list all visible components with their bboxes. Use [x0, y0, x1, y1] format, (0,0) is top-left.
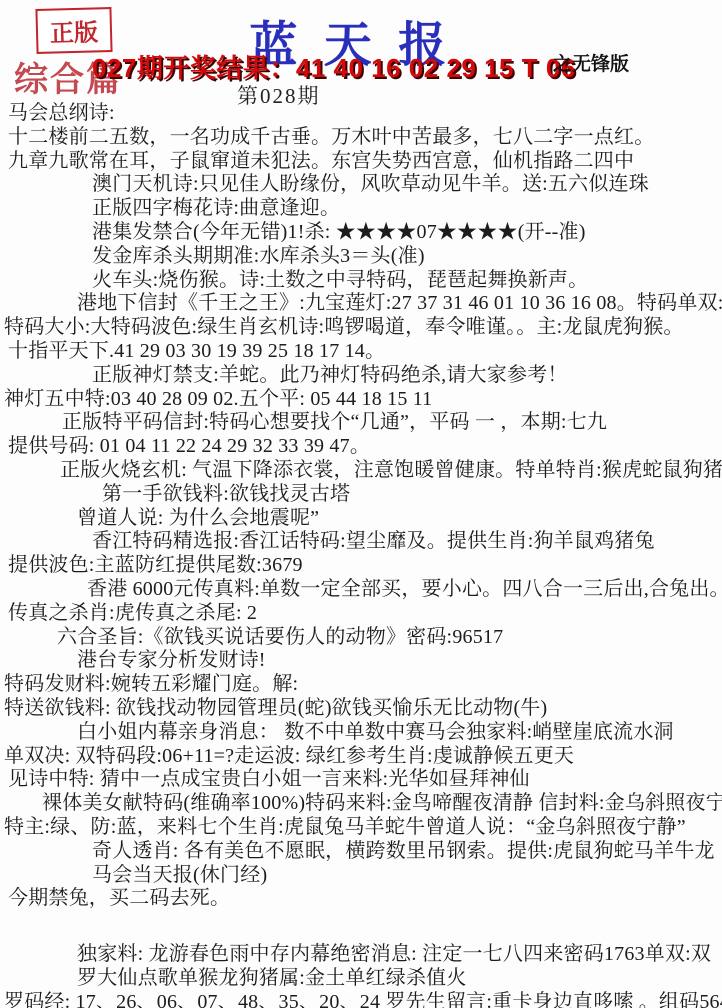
- edition-label: 之无锋版: [553, 49, 629, 76]
- text-line: 发金库杀头期期准:水库杀头3＝头(准): [2, 245, 720, 269]
- text-line: 罗大仙点歌单猴龙狗猪属:金土单红绿杀值火: [2, 967, 720, 991]
- text-line: 港地下信封《千王之王》:九宝莲灯:27 37 31 46 01 10 36 16…: [2, 292, 720, 316]
- text-line: 港集发禁合(今年无错)1!杀: ★★★★07★★★★(开--准): [2, 221, 720, 245]
- text-line: 澳门天机诗:只见佳人盼缘份，风吹草动见牛羊。送:五六似连珠: [2, 173, 720, 197]
- text-line: 六合圣旨:《欲钱买说话要伤人的动物》密码:96517: [2, 626, 720, 650]
- text-line: 提供波色:主蓝防红提供尾数:3679: [2, 554, 720, 578]
- newspaper-page: 正版 蓝天报 综合篇 027期开奖结果：41 40 16 02 29 15 T …: [0, 0, 722, 1008]
- text-line: 正版火烧玄机: 气温下降添衣裳，注意饱暖曾健康。特单特肖:猴虎蛇鼠狗猪: [2, 459, 720, 483]
- text-line: 传真之杀肖:虎传真之杀尾: 2: [2, 602, 720, 626]
- text-line: 正版四字梅花诗:曲意逢迎。: [2, 197, 720, 221]
- text-line: 九章九歌常在耳，子鼠窜道未犯法。东宫失势西宫意，仙机指路二四中: [2, 150, 720, 174]
- text-line: 正版神灯禁支:羊蛇。此乃神灯特码绝杀,请大家参考！: [2, 364, 720, 388]
- text-line: 十指平天下.41 29 03 30 19 39 25 18 17 14。: [2, 340, 720, 364]
- text-line: 特码发财料:婉转五彩耀门庭。解:: [2, 673, 720, 697]
- text-line: 香港 6000元传真料:单数一定全部买，要小心。四八合一三后出,合兔出。: [2, 578, 720, 602]
- text-line: 见诗中特: 猜中一点成宝贵白小姐一言来料:光华如昼拜神仙: [2, 768, 720, 792]
- text-line: 独家料: 龙游春色雨中存内幕绝密消息: 注定一七八四来密码1763单双:双: [2, 943, 720, 967]
- text-line: 白小姐内幕亲身消息： 数不中单数中赛马会独家料:峭壁崖底流水洞: [2, 721, 720, 745]
- authentic-badge: 正版: [35, 7, 112, 54]
- text-line: 提供号码: 01 04 11 22 24 29 32 33 39 47。: [2, 435, 720, 459]
- text-line: 香江特码精选报:香江话特码:望尘靡及。提供生肖:狗羊鼠鸡猪兔: [2, 530, 720, 554]
- text-line: 特送欲钱料: 欲钱找动物园管理员(蛇)欲钱买愉乐无比动物(牛): [2, 697, 720, 721]
- text-line: 十二楼前二五数，一名功成千古垂。万木叶中苦最多，七八二字一点红。: [2, 126, 720, 150]
- text-line: 曾道人说: 为什么会地震呢”: [2, 507, 720, 531]
- text-line: 马会当天报(休门经): [2, 864, 720, 888]
- text-line: 罗码经: 17、26、06、07、48、35、20、24 罗先生留言:重卡身边直…: [2, 991, 720, 1008]
- content-lines: 马会总纲诗:十二楼前二五数，一名功成千古垂。万木叶中苦最多，七八二字一点红。九章…: [0, 102, 722, 1008]
- text-line: 港台专家分析发财诗!: [2, 649, 720, 673]
- text-line: 单双决: 双特码段:06+11=?走运波: 绿红参考生肖:虔诚静候五更天: [2, 745, 720, 769]
- text-line: 今期禁兔，买二码去死。: [2, 887, 720, 911]
- text-line: 神灯五中特:03 40 28 09 02.五个平: 05 44 18 15 11: [2, 388, 720, 412]
- text-line: 火车头:烧伤猴。诗:土数之中寻特码，琵琶起舞换新声。: [2, 269, 720, 293]
- text-line: 奇人透肖: 各有美色不愿眠，横跨数里吊钢索。提供:虎鼠狗蛇马羊牛龙: [2, 840, 720, 864]
- text-line: 马会总纲诗:: [2, 102, 720, 126]
- text-line: 裸体美女献特码(维确率100%)特码来料:金鸟啼醒夜清静 信封料:金乌斜照夜宁静: [2, 792, 720, 816]
- text-line: 特码大小:大特码波色:绿生肖玄机诗:鸣锣喝道，奉令唯谨。。主:龙鼠虎狗猴。: [2, 316, 720, 340]
- draw-result-line: 027期开奖结果：41 40 16 02 29 15 T 06: [92, 48, 576, 85]
- text-line: 第一手欲钱料:欲钱找灵古塔: [2, 483, 720, 507]
- text-line: 正版特平码信封:特码心想要找个“几通”，平码 一 ，本期:七九: [2, 411, 720, 435]
- text-line: 特主:绿、防:蓝，来料七个生肖:虎鼠兔马羊蛇牛曾道人说：“金乌斜照夜宁静”: [2, 816, 720, 840]
